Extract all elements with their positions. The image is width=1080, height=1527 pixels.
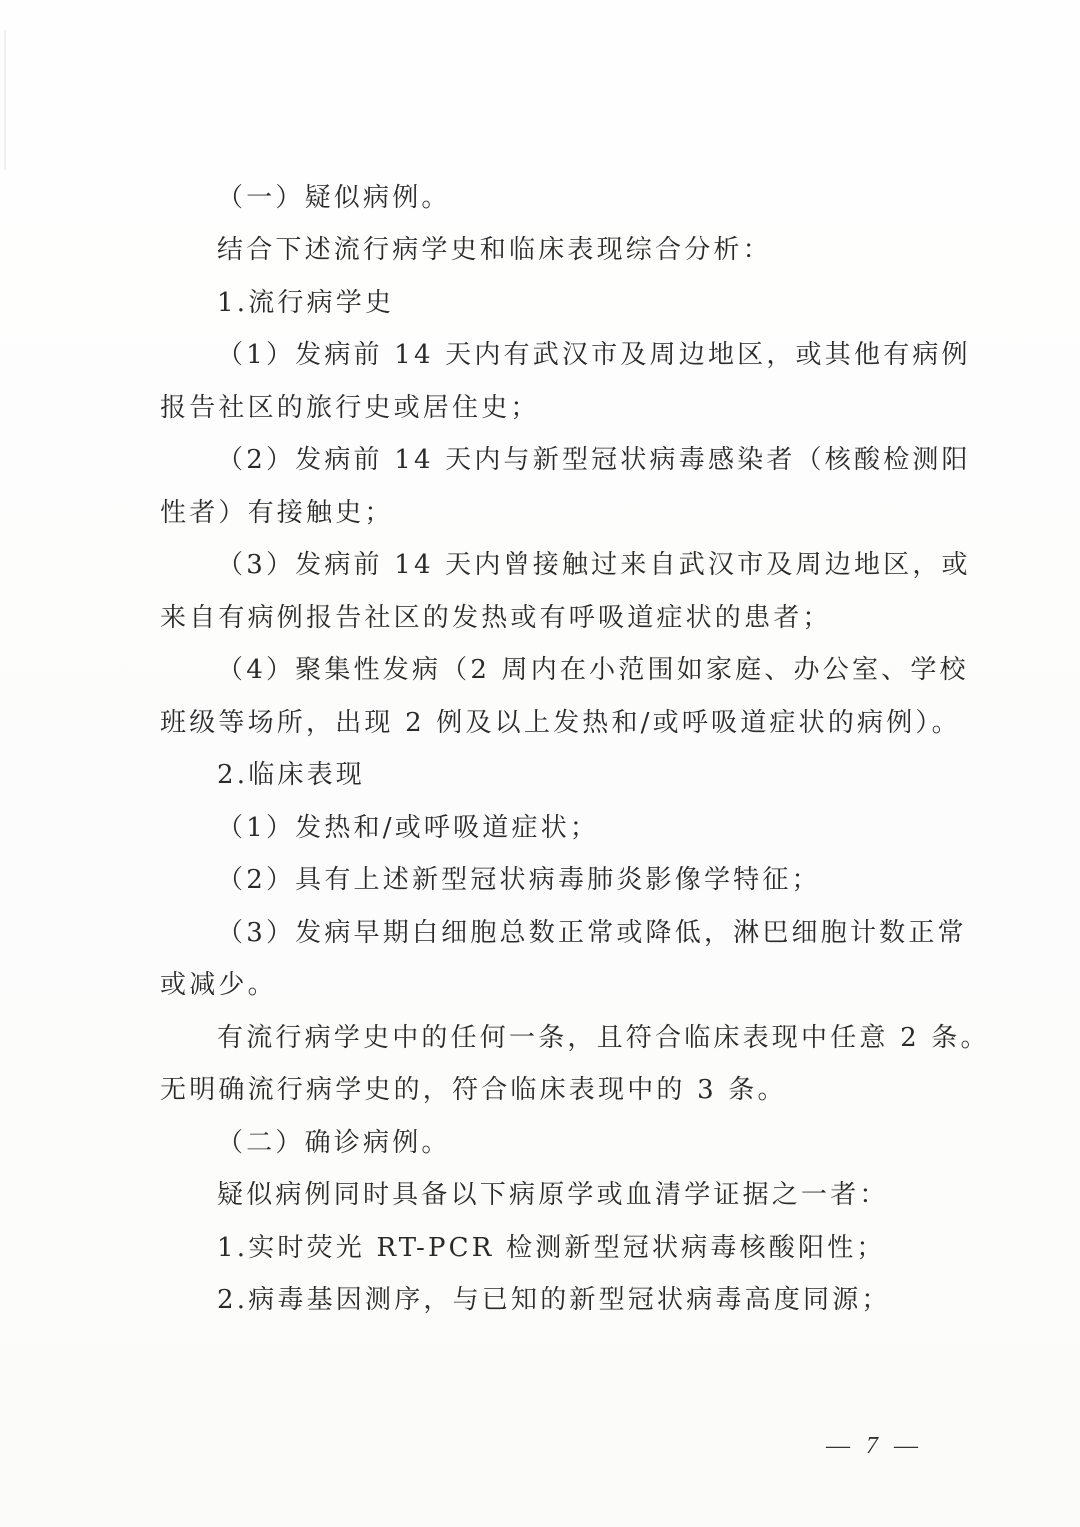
list-item-clinical-2: （2）具有上述新型冠状病毒肺炎影像学特征； <box>217 860 821 900</box>
page-number-value: 7 <box>866 1433 880 1459</box>
document-page: （一）疑似病例。 结合下述流行病学史和临床表现综合分析： 1.流行病学史 （1）… <box>0 0 1080 1527</box>
list-item-confirmed-1: 1.实时荧光 RT-PCR 检测新型冠状病毒核酸阳性； <box>217 1228 886 1268</box>
page-number-dash-right: — <box>894 1433 920 1459</box>
list-item-epi-4: （4）聚集性发病（2 周内在小范围如家庭、办公室、学校 <box>217 650 969 690</box>
list-item-epi-2-cont: 性者）有接触史； <box>160 493 394 533</box>
list-item-clinical-3-cont: 或减少。 <box>160 965 277 1005</box>
section-heading-confirmed-case: （二）确诊病例。 <box>217 1123 451 1163</box>
list-item-epi-2: （2）发病前 14 天内与新型冠状病毒感染者（核酸检测阳 <box>217 440 971 480</box>
list-item-epi-3: （3）发病前 14 天内曾接触过来自武汉市及周边地区，或 <box>217 545 971 585</box>
list-item-epi-3-cont: 来自有病例报告社区的发热或有呼吸道症状的患者； <box>160 598 832 638</box>
list-item-epi-1-cont: 报告社区的旅行史或居住史； <box>160 388 540 428</box>
list-item-epi-4-cont: 班级等场所，出现 2 例及以上发热和/或呼吸道症状的病例）。 <box>160 703 961 743</box>
scan-edge-artifact <box>4 30 6 170</box>
list-item-clinical-3: （3）发病早期白细胞总数正常或降低，淋巴细胞计数正常 <box>217 913 967 953</box>
subheading-epidemiology: 1.流行病学史 <box>217 283 394 323</box>
paragraph-intro: 结合下述流行病学史和临床表现综合分析： <box>217 230 772 270</box>
paragraph-criteria: 有流行病学史中的任何一条，且符合临床表现中任意 2 条。 <box>217 1018 990 1058</box>
paragraph-confirmed-intro: 疑似病例同时具备以下病原学或血清学证据之一者： <box>217 1175 889 1215</box>
list-item-clinical-1: （1）发热和/或呼吸道症状； <box>217 808 599 848</box>
page-number-dash-left: — <box>826 1433 852 1459</box>
paragraph-criteria-cont: 无明确流行病学史的，符合临床表现中的 3 条。 <box>160 1070 787 1110</box>
list-item-confirmed-2: 2.病毒基因测序，与已知的新型冠状病毒高度同源； <box>217 1280 891 1320</box>
subheading-clinical: 2.临床表现 <box>217 755 365 795</box>
page-number: —7— <box>826 1428 920 1464</box>
section-heading-suspected-case: （一）疑似病例。 <box>217 178 451 218</box>
list-item-epi-1: （1）发病前 14 天内有武汉市及周边地区，或其他有病例 <box>217 335 971 375</box>
